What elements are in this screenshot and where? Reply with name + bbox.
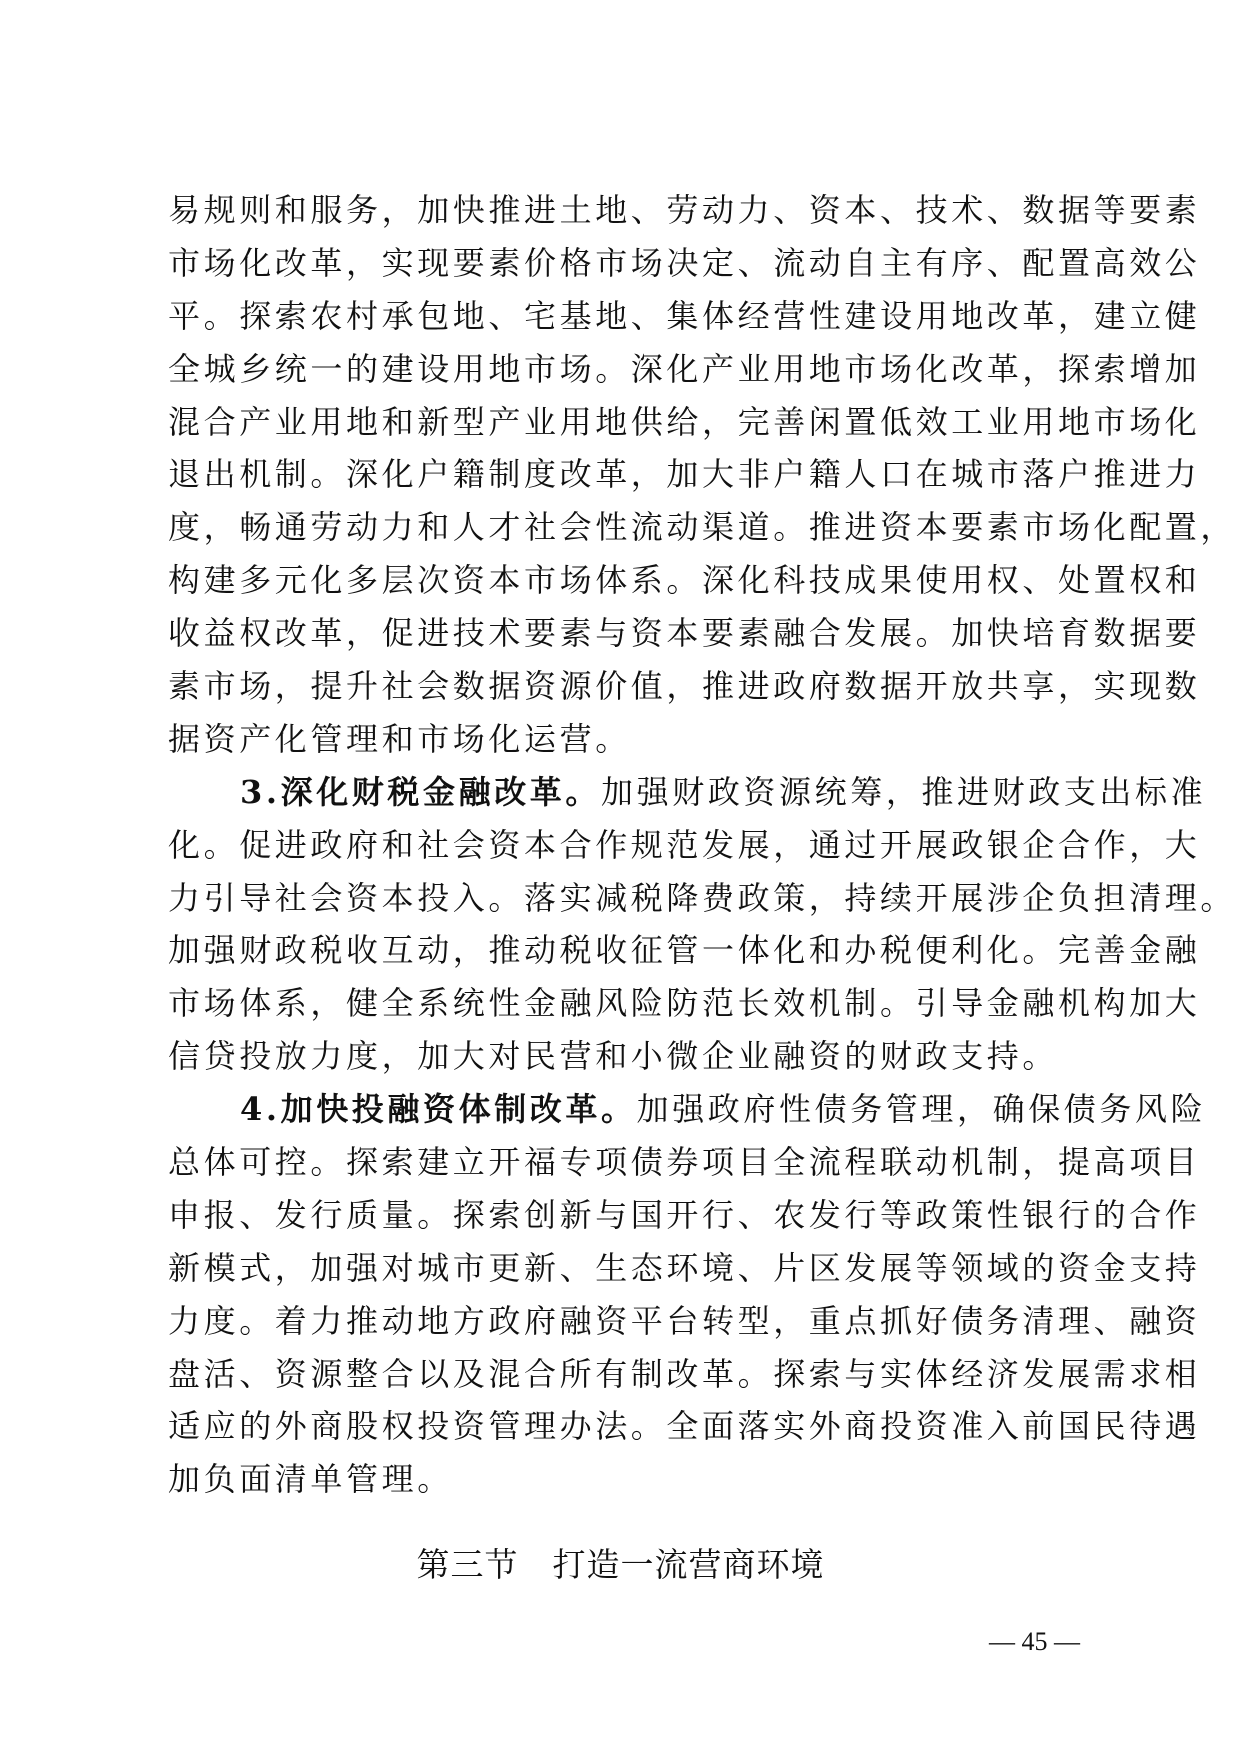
text-line: 新模式，加强对城市更新、生态环境、片区发展等领域的资金支持	[168, 1242, 1074, 1295]
text-line-first: 3.深化财税金融改革。加强财政资源统筹，推进财政支出标准	[168, 766, 1074, 819]
text-line: 市场体系，健全系统性金融风险防范长效机制。引导金融机构加大	[168, 977, 1074, 1030]
text-line: 平。探索农村承包地、宅基地、集体经营性建设用地改革，建立健	[168, 290, 1074, 343]
text-line: 力度。着力推动地方政府融资平台转型，重点抓好债务清理、融资	[168, 1295, 1074, 1348]
paragraph-lead-heading: 4.加快投融资体制改革。	[240, 1090, 637, 1128]
paragraph-investment-financing-reform: 4.加快投融资体制改革。加强政府性债务管理，确保债务风险 总体可控。探索建立开福…	[168, 1083, 1074, 1506]
text-line-first: 4.加快投融资体制改革。加强政府性债务管理，确保债务风险	[168, 1083, 1074, 1136]
paragraph-factor-market-reform: 易规则和服务，加快推进土地、劳动力、资本、技术、数据等要素 市场化改革，实现要素…	[168, 184, 1074, 766]
paragraph-lead-heading: 3.深化财税金融改革。	[240, 773, 601, 811]
paragraph-lead-rest: 加强财政资源统筹，推进财政支出标准	[601, 773, 1206, 811]
document-page: 易规则和服务，加快推进土地、劳动力、资本、技术、数据等要素 市场化改革，实现要素…	[0, 0, 1241, 1754]
text-line: 加强财政税收互动，推动税收征管一体化和办税便利化。完善金融	[168, 924, 1074, 977]
text-line: 退出机制。深化户籍制度改革，加大非户籍人口在城市落户推进力	[168, 448, 1074, 501]
text-line: 总体可控。探索建立开福专项债券项目全流程联动机制，提高项目	[168, 1136, 1074, 1189]
text-line: 力引导社会资本投入。落实减税降费政策，持续开展涉企负担清理。	[168, 872, 1074, 925]
section-heading: 第三节 打造一流营商环境	[0, 1540, 1241, 1590]
text-line: 市场化改革，实现要素价格市场决定、流动自主有序、配置高效公	[168, 237, 1074, 290]
text-line: 混合产业用地和新型产业用地供给，完善闲置低效工业用地市场化	[168, 396, 1074, 449]
text-line: 易规则和服务，加快推进土地、劳动力、资本、技术、数据等要素	[168, 184, 1074, 237]
paragraph-fiscal-finance-reform: 3.深化财税金融改革。加强财政资源统筹，推进财政支出标准 化。促进政府和社会资本…	[168, 766, 1074, 1083]
body-text: 易规则和服务，加快推进土地、劳动力、资本、技术、数据等要素 市场化改革，实现要素…	[168, 184, 1074, 1506]
text-line: 盘活、资源整合以及混合所有制改革。探索与实体经济发展需求相	[168, 1348, 1074, 1401]
text-line: 申报、发行质量。探索创新与国开行、农发行等政策性银行的合作	[168, 1189, 1074, 1242]
text-line: 构建多元化多层次资本市场体系。深化科技成果使用权、处置权和	[168, 554, 1074, 607]
text-line: 加负面清单管理。	[168, 1453, 1074, 1506]
text-line: 收益权改革，促进技术要素与资本要素融合发展。加快培育数据要	[168, 607, 1074, 660]
text-line: 全城乡统一的建设用地市场。深化产业用地市场化改革，探索增加	[168, 343, 1074, 396]
text-line: 信贷投放力度，加大对民营和小微企业融资的财政支持。	[168, 1030, 1074, 1083]
text-line: 据资产化管理和市场化运营。	[168, 713, 1074, 766]
text-line: 适应的外商股权投资管理办法。全面落实外商投资准入前国民待遇	[168, 1400, 1074, 1453]
paragraph-lead-rest: 加强政府性债务管理，确保债务风险	[637, 1090, 1207, 1128]
page-number: — 45 —	[960, 1627, 1080, 1657]
text-line: 度，畅通劳动力和人才社会性流动渠道。推进资本要素市场化配置，	[168, 501, 1074, 554]
text-line: 化。促进政府和社会资本合作规范发展，通过开展政银企合作，大	[168, 819, 1074, 872]
text-line: 素市场，提升社会数据资源价值，推进政府数据开放共享，实现数	[168, 660, 1074, 713]
